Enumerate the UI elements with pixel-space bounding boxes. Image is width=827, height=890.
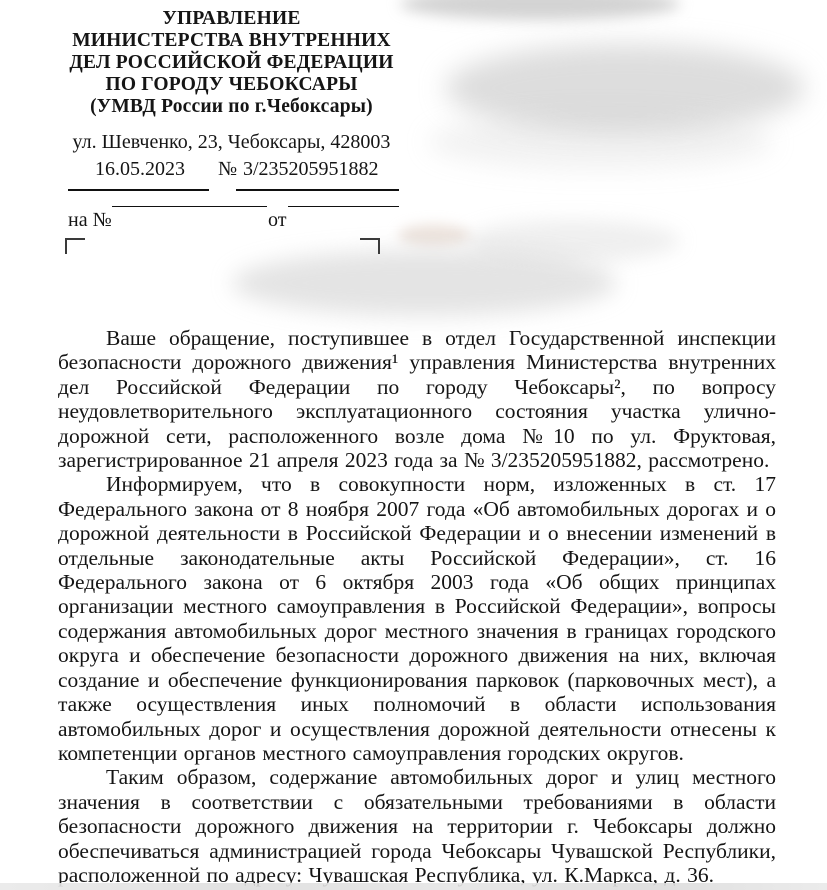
redaction-blur-right (465, 220, 680, 262)
paragraph-legal-basis: Информируем, что в совокупности норм, из… (58, 472, 776, 765)
org-address: ул. Шевченко, 23, Чебоксары, 428003 (58, 131, 405, 154)
paragraph-conclusion: Таким образом, содержание автомобильных … (58, 765, 776, 887)
redaction-blur-addressee (232, 250, 617, 316)
number-underline (236, 189, 399, 191)
letter-body: Ваше обращение, поступившее в отдел Госу… (58, 326, 776, 887)
org-name-line: ПО ГОРОДУ ЧЕБОКСАРЫ (58, 74, 405, 96)
doc-date: 16.05.2023 (95, 158, 185, 181)
letterhead: УПРАВЛЕНИЕ МИНИСТЕРСТВА ВНУТРЕННИХ ДЕЛ Р… (58, 8, 405, 238)
ref-from-label: от (268, 209, 286, 232)
addressee-corner-left-mark (65, 238, 85, 254)
paragraph-appeal-received: Ваше обращение, поступившее в отдел Госу… (58, 326, 776, 472)
doc-number: 3/235205951882 (243, 158, 379, 181)
redaction-blur-top (400, 0, 680, 20)
ref-number-line (112, 206, 267, 207)
org-name-line: МИНИСТЕРСТВА ВНУТРЕННИХ (58, 30, 405, 52)
redaction-blur-warm (398, 224, 470, 246)
org-name: УПРАВЛЕНИЕ МИНИСТЕРСТВА ВНУТРЕННИХ ДЕЛ Р… (58, 8, 405, 118)
doc-meta-row: 16.05.2023 № 3/235205951882 (58, 158, 405, 182)
number-sign: № (218, 158, 237, 181)
date-underline (68, 189, 209, 191)
page-edge-shadow (0, 883, 827, 890)
redaction-blur-mid (428, 114, 773, 170)
org-name-line: УПРАВЛЕНИЕ (58, 8, 405, 30)
redaction-blur-stamp (445, 44, 805, 132)
org-name-line: ДЕЛ РОССИЙСКОЙ ФЕДЕРАЦИИ (58, 52, 405, 74)
ref-on-label: на № (68, 209, 112, 232)
org-short-name: (УМВД России по г.Чебоксары) (58, 96, 405, 118)
document-page: УПРАВЛЕНИЕ МИНИСТЕРСТВА ВНУТРЕННИХ ДЕЛ Р… (0, 0, 827, 890)
ref-date-line (288, 206, 399, 207)
addressee-corner-right-mark (360, 238, 380, 254)
